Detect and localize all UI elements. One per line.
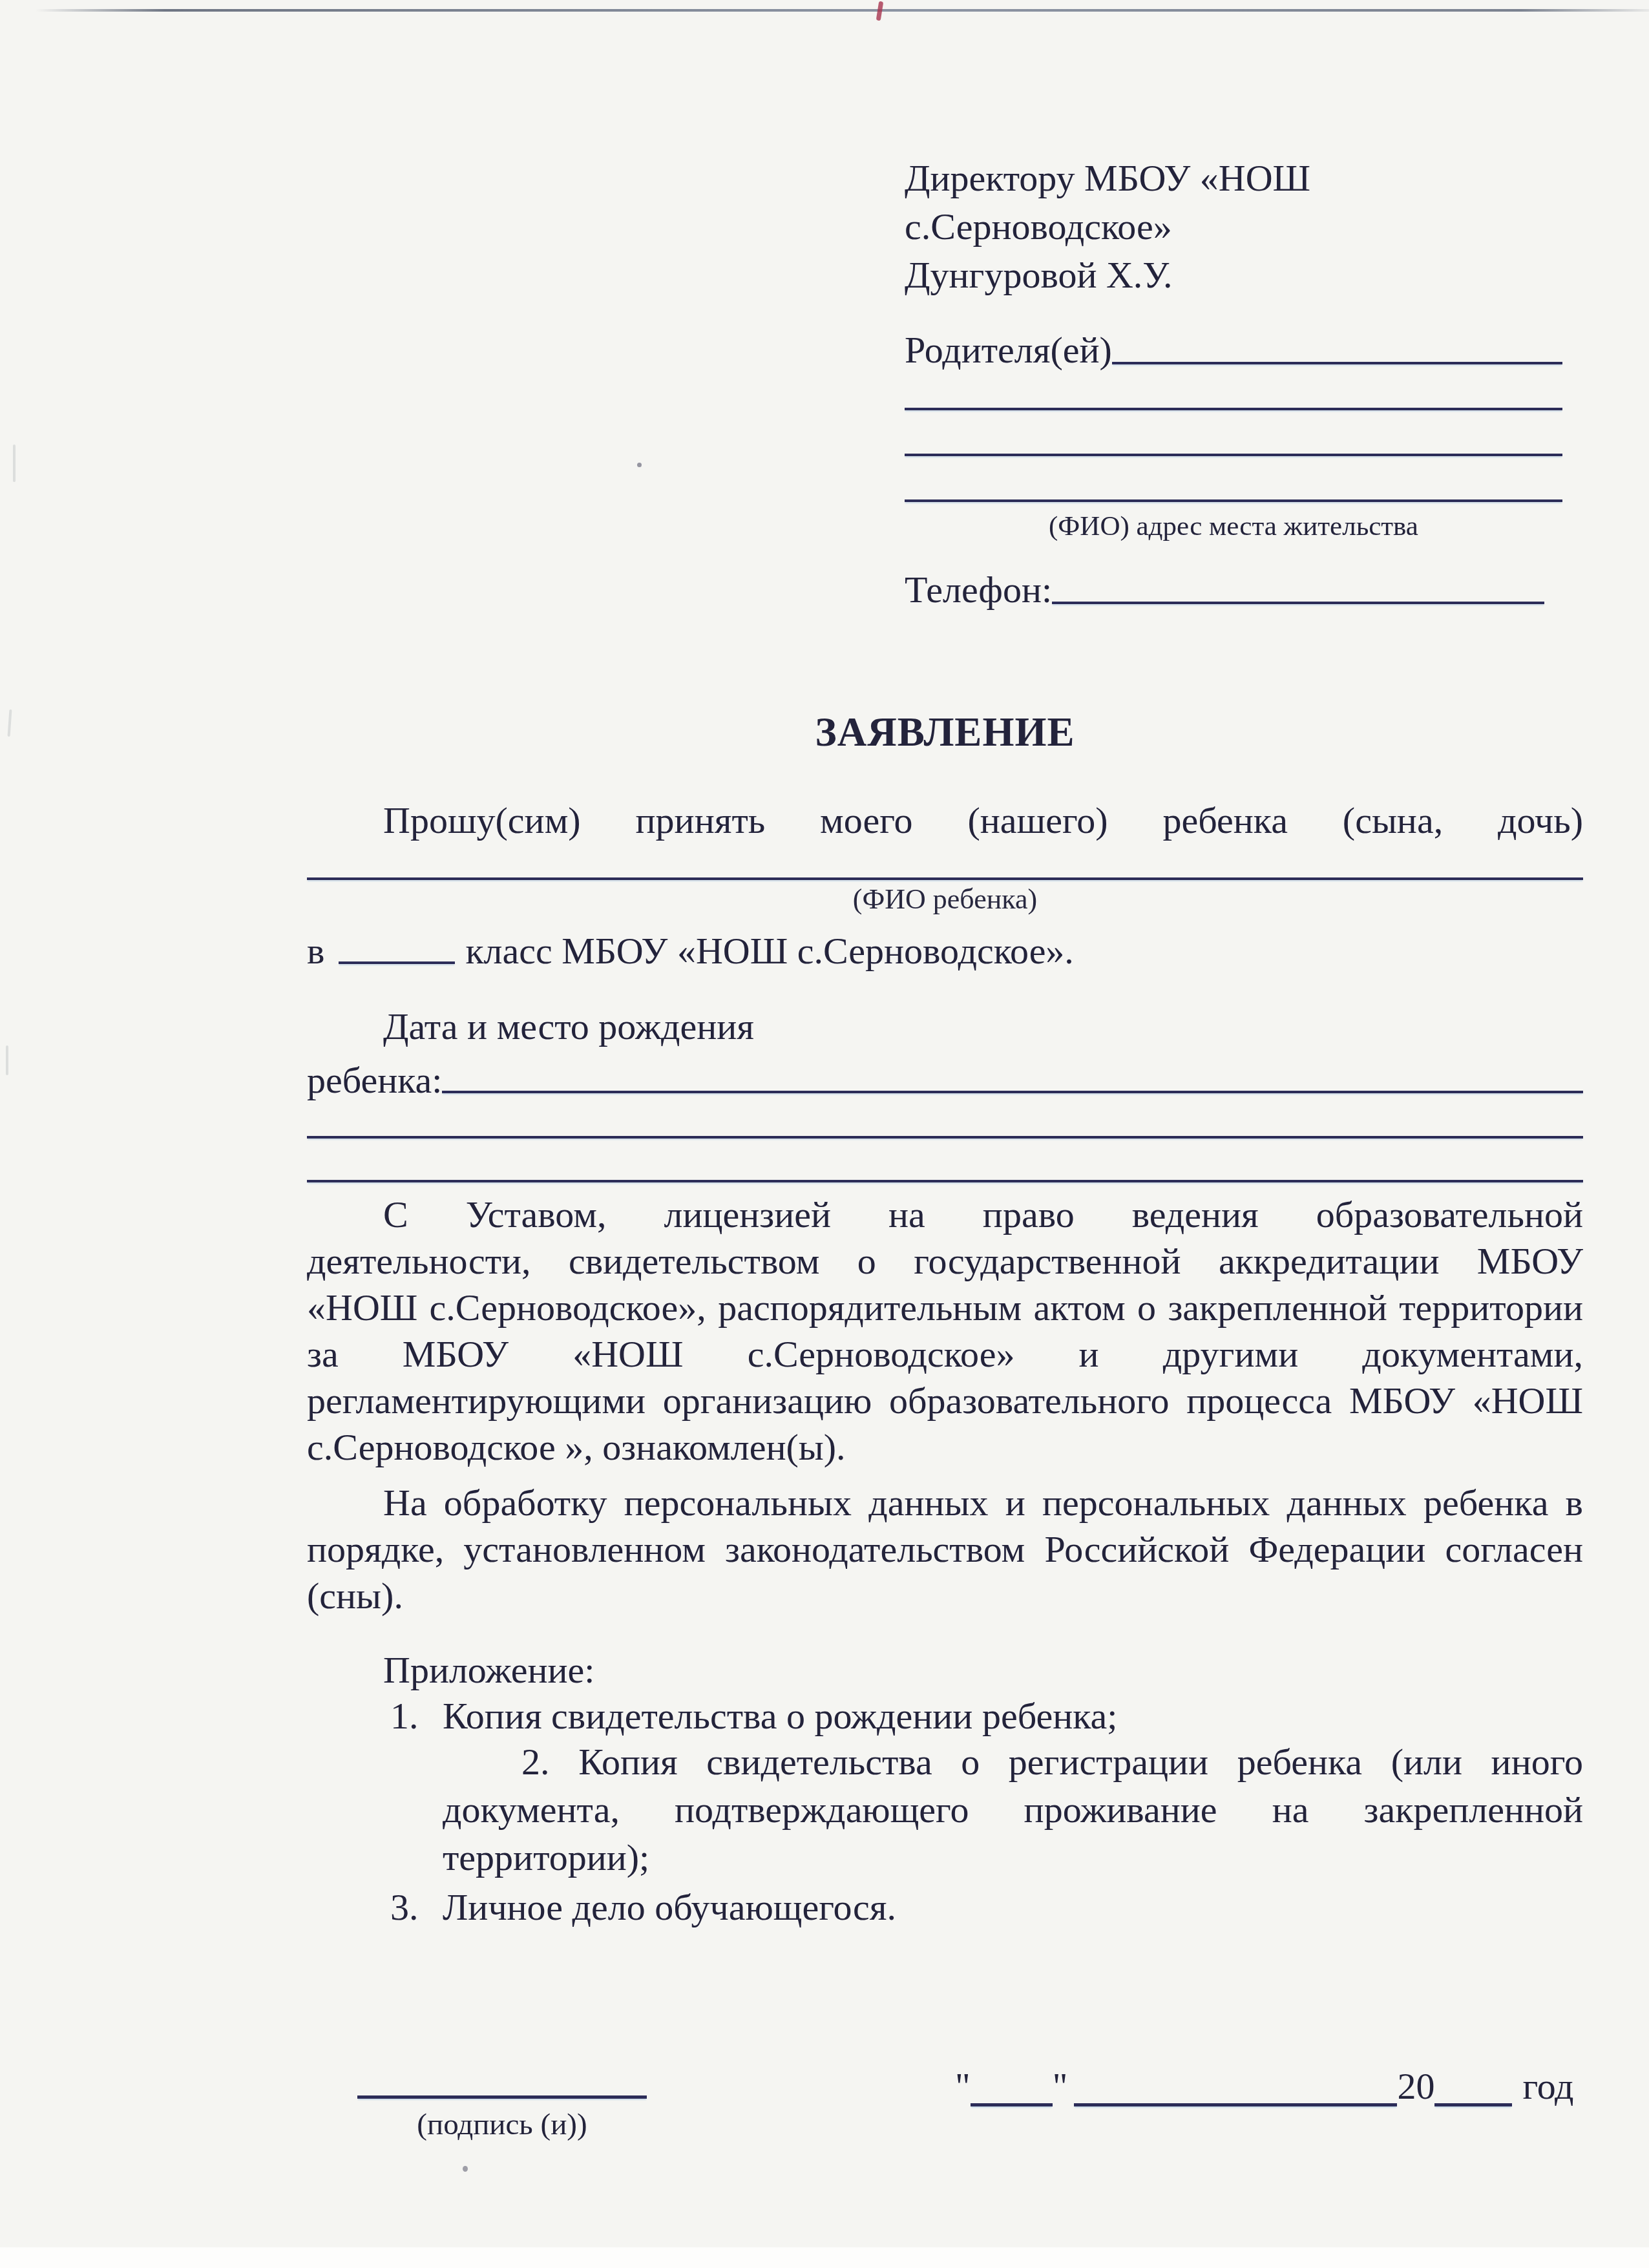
birth-label-line1: Дата и место рождения: [307, 1008, 1583, 1045]
list-item-text: Копия свидетельства о рождении ребенка;: [443, 1695, 1117, 1737]
class-text: класс МБОУ «НОШ с.Серноводское».: [465, 933, 1073, 969]
blank-underline: [905, 408, 1562, 410]
signature-block: (подпись (и)): [357, 2095, 647, 2141]
class-row: в класс МБОУ «НОШ с.Серноводское».: [307, 928, 1583, 969]
blank-underline: [307, 1180, 1583, 1182]
parent-label: Родителя(ей): [905, 330, 1112, 370]
personal-data-paragraph: На обработку персональных данных и персо…: [307, 1480, 1583, 1619]
parent-name-row: Родителя(ей): [905, 330, 1562, 370]
scan-edge-strip: [0, 2247, 1649, 2268]
addressee-line: Дунгуровой Х.У.: [905, 251, 1562, 299]
blank-line-row: [905, 370, 1562, 416]
blank-underline: [307, 1136, 1583, 1139]
birth-row: ребенка:: [307, 1057, 1583, 1098]
date-year-prefix: 20: [1397, 2066, 1434, 2106]
date-quote-open: ": [955, 2066, 971, 2106]
blank-line-row: [905, 462, 1562, 508]
paragraph-line: деятельности, свидетельством о государст…: [307, 1238, 1583, 1285]
paragraph-line: с.Серноводское », ознакомлен(ы).: [307, 1424, 1583, 1471]
date-block: " " 20 год: [955, 2063, 1582, 2106]
blank-underline: [1112, 362, 1562, 364]
blank-underline: [1052, 602, 1544, 604]
signature-caption: (подпись (и)): [357, 2108, 647, 2141]
attachments-label: Приложение:: [307, 1650, 1583, 1690]
paragraph-line: регламентирующими организацию образовате…: [307, 1378, 1583, 1424]
date-day-underline: [971, 2100, 1053, 2106]
paragraph-line: порядке, установленном законодательством…: [307, 1526, 1583, 1573]
date-year-suffix: год: [1522, 2066, 1573, 2106]
phone-row: Телефон:: [905, 570, 1562, 610]
scan-artifact-top-line: [36, 9, 1649, 12]
list-item-number: 1.: [390, 1694, 443, 1738]
addressee-line: с.Серноводское»: [905, 202, 1562, 251]
list-item: 2. Копия свидетельства о регистрации реб…: [390, 1738, 1583, 1882]
list-item-line: 2. Копия свидетельства о регистрации реб…: [443, 1738, 1583, 1786]
birth-label-line2: ребенка:: [307, 1062, 442, 1098]
child-name-caption: (ФИО ребенка): [307, 884, 1583, 915]
list-item-number: 2.: [521, 1741, 550, 1783]
list-item-number: 3.: [390, 1885, 443, 1929]
paragraph-line: (сны).: [307, 1573, 1583, 1619]
blank-underline: [442, 1091, 1583, 1093]
addressee-line: Директору МБОУ «НОШ: [905, 154, 1562, 202]
scan-artifact-edge-mark: [8, 709, 12, 737]
scan-artifact-speck: [463, 2166, 468, 2172]
blank-underline: [905, 499, 1562, 502]
document-body: Прошу(сим) принять моего (нашего) ребенк…: [307, 796, 1583, 1929]
list-item-text: Копия свидетельства о регистрации ребенк…: [578, 1741, 1583, 1783]
blank-line-row: [905, 416, 1562, 462]
document-title: ЗАЯВЛЕНИЕ: [307, 709, 1583, 756]
child-name-underline: [307, 877, 1583, 880]
paragraph-line: С Уставом, лицензией на право ведения об…: [307, 1192, 1583, 1238]
phone-label: Телефон:: [905, 570, 1052, 610]
class-blank-underline: [339, 961, 455, 964]
blank-underline: [905, 454, 1562, 456]
request-line: Прошу(сим) принять моего (нашего) ребенк…: [307, 796, 1583, 845]
signature-underline: [357, 2095, 647, 2099]
scan-artifact-edge-mark: [6, 1045, 8, 1075]
class-prefix: в: [307, 933, 324, 969]
paragraph-line: «НОШ с.Серноводское», распорядительным а…: [307, 1285, 1583, 1331]
address-caption: (ФИО) адрес места жительства: [905, 512, 1562, 541]
date-year-underline: [1434, 2100, 1512, 2106]
scanned-application-form: Директору МБОУ «НОШ с.Серноводское» Дунг…: [0, 0, 1649, 2268]
scan-artifact-speck: [637, 463, 642, 467]
date-month-underline: [1074, 2100, 1397, 2106]
list-item-line: документа, подтверждающего проживание на…: [443, 1786, 1583, 1834]
scan-artifact-edge-mark: [13, 445, 16, 482]
list-item: 3.Личное дело обучающегося.: [390, 1885, 1583, 1929]
date-quote-close: ": [1053, 2066, 1068, 2106]
list-item-line: территории);: [443, 1834, 1583, 1882]
charter-paragraph: С Уставом, лицензией на право ведения об…: [307, 1192, 1583, 1471]
paragraph-line: На обработку персональных данных и персо…: [307, 1480, 1583, 1526]
attachments-list: 1.Копия свидетельства о рождении ребенка…: [390, 1694, 1583, 1929]
list-item-text: Личное дело обучающегося.: [443, 1886, 896, 1928]
list-item: 1.Копия свидетельства о рождении ребенка…: [390, 1694, 1583, 1738]
paragraph-line: за МБОУ «НОШ с.Серноводское» и другими д…: [307, 1331, 1583, 1378]
addressee-block: Директору МБОУ «НОШ с.Серноводское» Дунг…: [905, 154, 1562, 610]
